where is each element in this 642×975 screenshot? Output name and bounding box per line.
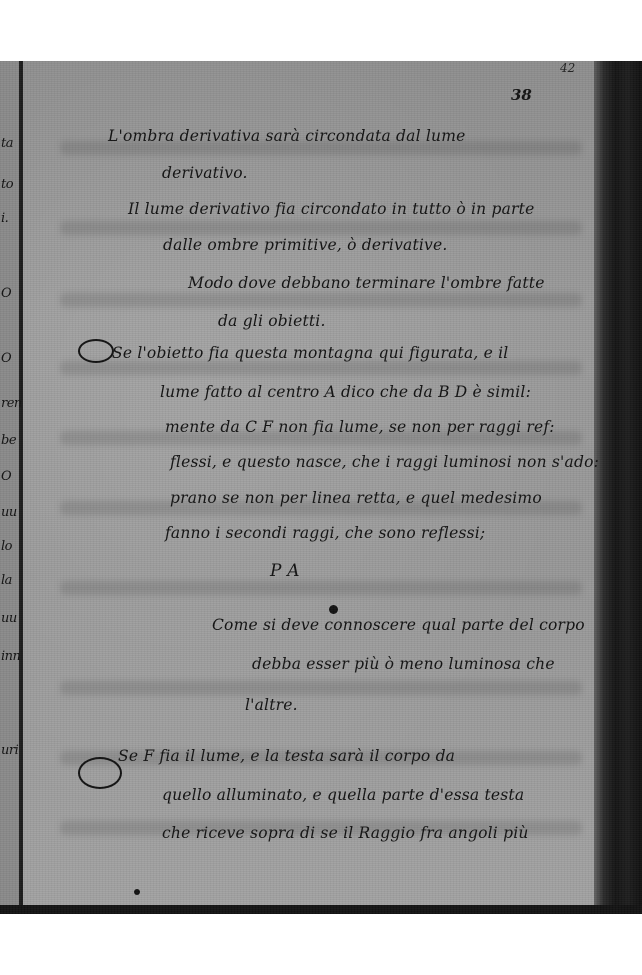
text-line: L'ombra derivativa sarà circondata dal l…: [108, 127, 466, 145]
figure-label: P A: [270, 561, 300, 581]
text-line: dalle ombre primitive, ò derivative.: [163, 236, 448, 254]
bleed-through: [60, 361, 582, 375]
margin-fragment: uu: [1, 505, 17, 520]
margin-fragment: inn: [1, 649, 20, 664]
text-line: Modo dove debbano terminare l'ombre fatt…: [188, 274, 545, 292]
text-line: prano se non per linea retta, e quel med…: [170, 489, 542, 507]
text-line: flessi, e questo nasce, che i raggi lumi…: [170, 453, 599, 471]
bleed-through: [60, 293, 582, 307]
page-bottom-edge: [0, 905, 642, 914]
text-line: da gli obietti.: [218, 312, 326, 330]
margin-fragment: uu: [1, 611, 17, 626]
ink-spot: [134, 889, 140, 895]
initial-flourish: [78, 757, 122, 789]
bleed-through: [60, 221, 582, 235]
text-line: Se l'obietto fia questa montagna qui fig…: [112, 344, 508, 362]
page-number: 38: [511, 86, 532, 104]
margin-fragment: ta: [1, 136, 13, 151]
margin-fragment: O: [1, 351, 11, 366]
folio-number: 42: [560, 61, 575, 75]
margin-fragment: be: [1, 433, 16, 448]
margin-fragment: i.: [1, 211, 8, 226]
ink-blot: [329, 605, 338, 614]
manuscript-scan: ta to i. O O ren be O uu lo la uu inn ur…: [0, 61, 642, 914]
text-line: fanno i secondi raggi, che sono reflessi…: [165, 524, 485, 542]
text-line: Il lume derivativo fia circondato in tut…: [128, 200, 534, 218]
text-line: l'altre.: [245, 696, 298, 714]
text-line: lume fatto al centro A dico che da B D è…: [160, 383, 531, 401]
text-line: quello alluminato, e quella parte d'essa…: [162, 786, 524, 804]
initial-flourish: [78, 339, 114, 363]
margin-fragment: uri: [1, 743, 18, 758]
margin-fragment: O: [1, 469, 11, 484]
text-line: Come si deve connoscere qual parte del c…: [212, 616, 585, 634]
text-line: derivativo.: [162, 164, 248, 182]
margin-fragment: to: [1, 177, 13, 192]
bleed-through: [60, 581, 582, 595]
margin-fragment: O: [1, 286, 11, 301]
text-line: mente da C F non fia lume, se non per ra…: [165, 418, 555, 436]
text-line: Se F fia il lume, e la testa sarà il cor…: [118, 747, 455, 765]
margin-rule: [19, 61, 23, 914]
margin-fragment: ren: [1, 396, 22, 411]
bleed-through: [60, 681, 582, 695]
margin-fragment: lo: [1, 539, 12, 554]
text-line: debba esser più ò meno luminosa che: [252, 655, 555, 673]
text-line: che riceve sopra di se il Raggio fra ang…: [162, 824, 529, 842]
binding-shadow: [594, 61, 642, 914]
margin-fragment: la: [1, 573, 12, 588]
